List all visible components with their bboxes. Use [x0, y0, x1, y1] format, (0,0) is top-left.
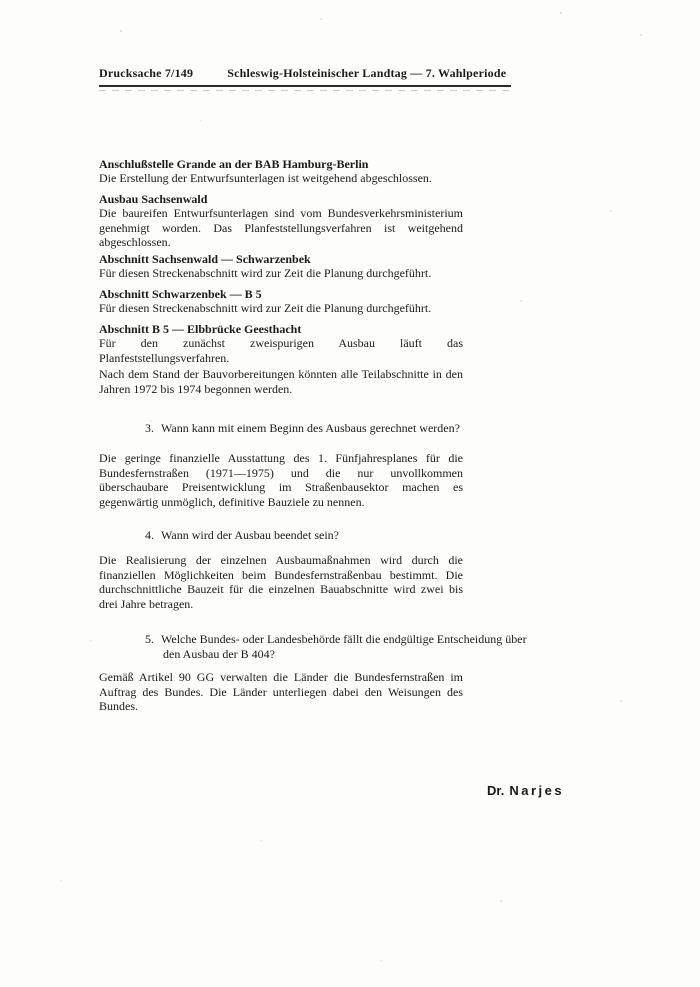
note-paragraph: Nach dem Stand der Bauvorbereitungen kön… [99, 367, 463, 396]
answer-paragraph-5: Gemäß Artikel 90 GG verwalten die Länder… [99, 670, 463, 714]
question-text: Welche Bundes- oder Landesbehörde fällt … [161, 632, 527, 661]
question-number: 4. [145, 528, 154, 542]
doc-number: Drucksache 7/149 [99, 66, 193, 81]
answer-paragraph-4: Die Realisierung der einzelnen Ausbaumaß… [99, 553, 463, 611]
question-number: 5. [145, 632, 154, 646]
section-heading-schwarzenbek-b5: Abschnitt Schwarzenbek — B 5 [99, 287, 463, 302]
document-page: Drucksache 7/149 Schleswig-Holsteinische… [0, 0, 700, 987]
signature: Dr.Narjes [487, 783, 564, 798]
section-body: Für diesen Streckenabschnitt wird zur Ze… [99, 266, 463, 281]
section-heading-sachsenwald-schwarzenbek: Abschnitt Sachsenwald — Schwarzenbek [99, 252, 463, 267]
signature-prefix: Dr. [487, 783, 504, 798]
section-body: Für diesen Streckenabschnitt wird zur Ze… [99, 301, 463, 316]
question-item-4: 4.Wann wird der Ausbau beendet sein? [99, 528, 527, 543]
question-text: Wann wird der Ausbau beendet sein? [161, 528, 339, 542]
section-body: Die Erstellung der Entwurfsunterlagen is… [99, 171, 463, 186]
question-text: Wann kann mit einem Beginn des Ausbaus g… [161, 421, 460, 435]
section-heading-anschlussstelle-grande: Anschlußstelle Grande an der BAB Hamburg… [99, 157, 463, 172]
section-heading-b5-elbbruecke-geesthacht: Abschnitt B 5 — Elbbrücke Geesthacht [99, 322, 463, 337]
question-number: 3. [145, 421, 154, 435]
header-title: Schleswig-Holsteinischer Landtag — 7. Wa… [227, 66, 506, 81]
section-body: Die baureifen Entwurfsunterlagen sind vo… [99, 206, 463, 250]
answer-paragraph-3: Die geringe finanzielle Ausstattung des … [99, 451, 463, 509]
section-heading-ausbau-sachsenwald: Ausbau Sachsenwald [99, 192, 463, 207]
question-item-3: 3.Wann kann mit einem Beginn des Ausbaus… [99, 421, 527, 436]
section-body: Für den zunächst zweispurigen Ausbau läu… [99, 336, 463, 365]
page-header: Drucksache 7/149 Schleswig-Holsteinische… [99, 66, 511, 87]
header-rule [99, 90, 510, 91]
scan-noise [0, 0, 2, 2]
question-item-5: 5.Welche Bundes- oder Landesbehörde fäll… [99, 632, 527, 661]
signature-name: Narjes [509, 783, 564, 798]
